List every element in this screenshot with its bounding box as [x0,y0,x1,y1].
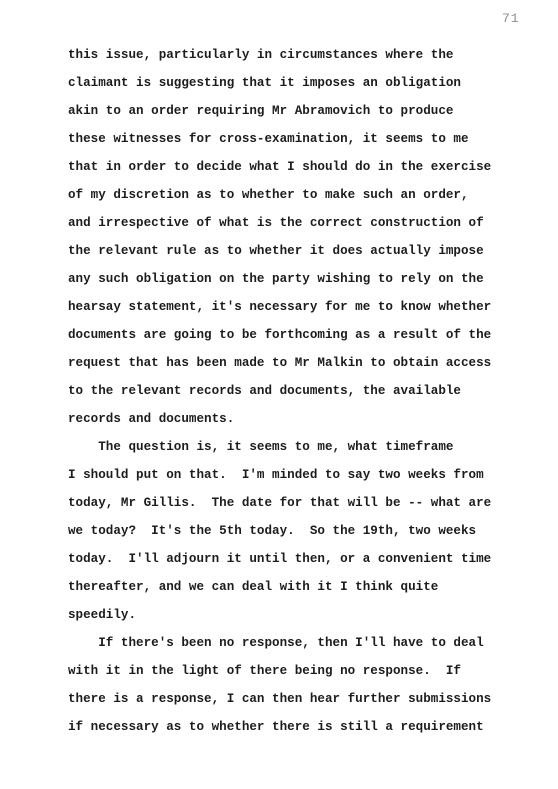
transcript-line: documents are going to be forthcoming as… [68,321,538,349]
transcript-page: 71 this issue, particularly in circumsta… [0,0,558,789]
transcript-line: that in order to decide what I should do… [68,153,538,181]
transcript-line: to the relevant records and documents, t… [68,377,538,405]
transcript-line: today, Mr Gillis. The date for that will… [68,489,538,517]
transcript-line: this issue, particularly in circumstance… [68,41,538,69]
transcript-line: I should put on that. I'm minded to say … [68,461,538,489]
transcript-line: if necessary as to whether there is stil… [68,713,538,741]
transcript-line: The question is, it seems to me, what ti… [68,433,538,461]
transcript-line: thereafter, and we can deal with it I th… [68,573,538,601]
transcript-line: we today? It's the 5th today. So the 19t… [68,517,538,545]
transcript-line: speedily. [68,601,538,629]
transcript-line: If there's been no response, then I'll h… [68,629,538,657]
transcript-line: and irrespective of what is the correct … [68,209,538,237]
transcript-line: claimant is suggesting that it imposes a… [68,69,538,97]
transcript-line: these witnesses for cross-examination, i… [68,125,538,153]
transcript-line: any such obligation on the party wishing… [68,265,538,293]
transcript-line: with it in the light of there being no r… [68,657,538,685]
transcript-line: the relevant rule as to whether it does … [68,237,538,265]
transcript-line: hearsay statement, it's necessary for me… [68,293,538,321]
transcript-line: request that has been made to Mr Malkin … [68,349,538,377]
transcript-line: records and documents. [68,405,538,433]
transcript-line: of my discretion as to whether to make s… [68,181,538,209]
transcript-body: this issue, particularly in circumstance… [68,41,538,741]
transcript-line: today. I'll adjourn it until then, or a … [68,545,538,573]
transcript-line: akin to an order requiring Mr Abramovich… [68,97,538,125]
page-number: 71 [502,11,520,26]
transcript-line: there is a response, I can then hear fur… [68,685,538,713]
